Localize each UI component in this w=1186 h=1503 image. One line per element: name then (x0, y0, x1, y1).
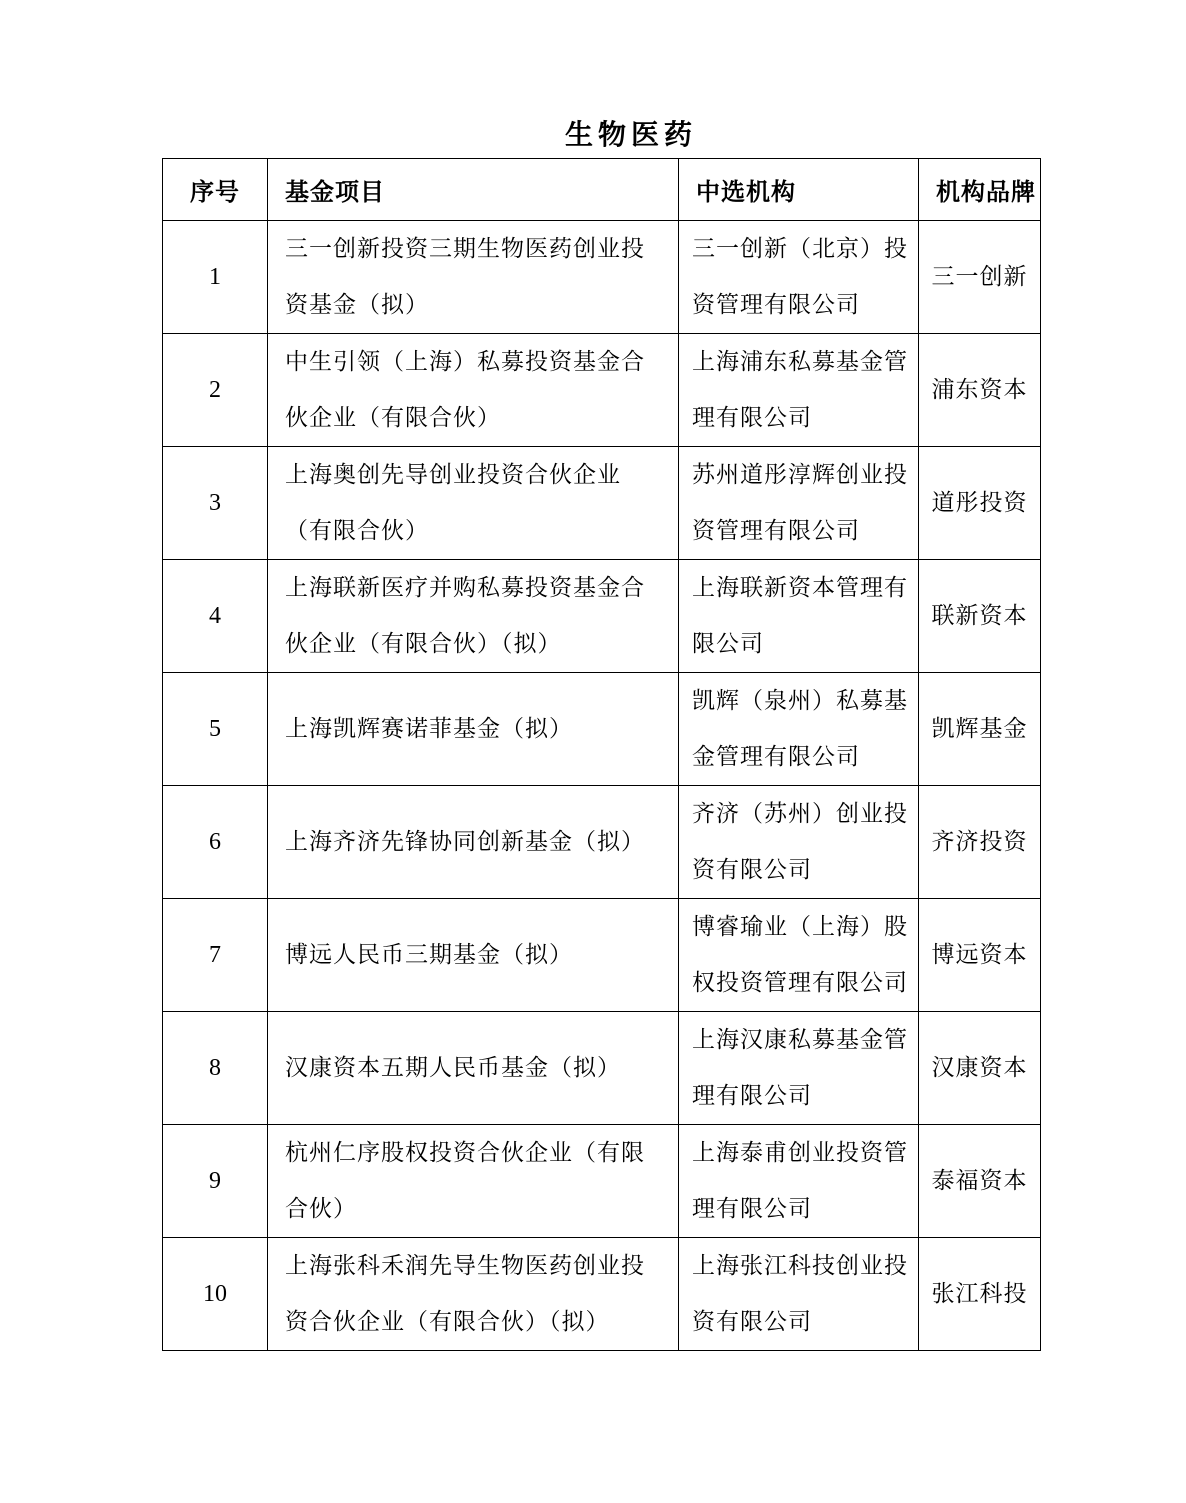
cell-no: 8 (163, 1012, 268, 1125)
table-row: 5 上海凯辉赛诺菲基金（拟） 凯辉（泉州）私募基金管理有限公司 凯辉基金 (163, 673, 1041, 786)
cell-org: 凯辉（泉州）私募基金管理有限公司 (679, 673, 919, 786)
cell-no: 4 (163, 560, 268, 673)
table-row: 2 中生引领（上海）私募投资基金合伙企业（有限合伙） 上海浦东私募基金管理有限公… (163, 334, 1041, 447)
column-header-no: 序号 (163, 159, 268, 221)
cell-no: 1 (163, 221, 268, 334)
cell-org: 上海汉康私募基金管理有限公司 (679, 1012, 919, 1125)
cell-brand: 凯辉基金 (919, 673, 1041, 786)
cell-org: 上海张江科技创业投资有限公司 (679, 1238, 919, 1351)
cell-org: 上海泰甫创业投资管理有限公司 (679, 1125, 919, 1238)
cell-no: 9 (163, 1125, 268, 1238)
cell-brand: 浦东资本 (919, 334, 1041, 447)
cell-fund: 上海齐济先锋协同创新基金（拟） (268, 786, 679, 899)
cell-org: 三一创新（北京）投资管理有限公司 (679, 221, 919, 334)
cell-brand: 博远资本 (919, 899, 1041, 1012)
column-header-fund: 基金项目 (268, 159, 679, 221)
table-row: 4 上海联新医疗并购私募投资基金合伙企业（有限合伙）（拟） 上海联新资本管理有限… (163, 560, 1041, 673)
cell-no: 2 (163, 334, 268, 447)
cell-org: 齐济（苏州）创业投资有限公司 (679, 786, 919, 899)
funds-table: 序号 基金项目 中选机构 机构品牌 1 三一创新投资三期生物医药创业投资基金（拟… (162, 158, 1041, 1351)
table-header-row: 序号 基金项目 中选机构 机构品牌 (163, 159, 1041, 221)
cell-brand: 联新资本 (919, 560, 1041, 673)
table-row: 10 上海张科禾润先导生物医药创业投资合伙企业（有限合伙）（拟） 上海张江科技创… (163, 1238, 1041, 1351)
cell-no: 3 (163, 447, 268, 560)
cell-org: 上海浦东私募基金管理有限公司 (679, 334, 919, 447)
cell-org: 上海联新资本管理有限公司 (679, 560, 919, 673)
cell-fund: 杭州仁序股权投资合伙企业（有限合伙） (268, 1125, 679, 1238)
cell-fund: 上海奥创先导创业投资合伙企业（有限合伙） (268, 447, 679, 560)
table-row: 1 三一创新投资三期生物医药创业投资基金（拟） 三一创新（北京）投资管理有限公司… (163, 221, 1041, 334)
document-page: 生物医药 序号 基金项目 中选机构 机构品牌 1 三一创新投资三期生物医药创业投… (0, 0, 1186, 1503)
column-header-brand: 机构品牌 (919, 159, 1041, 221)
cell-brand: 汉康资本 (919, 1012, 1041, 1125)
cell-fund: 中生引领（上海）私募投资基金合伙企业（有限合伙） (268, 334, 679, 447)
cell-no: 5 (163, 673, 268, 786)
cell-brand: 泰福资本 (919, 1125, 1041, 1238)
cell-no: 10 (163, 1238, 268, 1351)
cell-org: 博睿瑜业（上海）股权投资管理有限公司 (679, 899, 919, 1012)
cell-no: 7 (163, 899, 268, 1012)
cell-brand: 齐济投资 (919, 786, 1041, 899)
table-row: 8 汉康资本五期人民币基金（拟） 上海汉康私募基金管理有限公司 汉康资本 (163, 1012, 1041, 1125)
cell-fund: 上海凯辉赛诺菲基金（拟） (268, 673, 679, 786)
cell-fund: 汉康资本五期人民币基金（拟） (268, 1012, 679, 1125)
cell-fund: 三一创新投资三期生物医药创业投资基金（拟） (268, 221, 679, 334)
table-row: 9 杭州仁序股权投资合伙企业（有限合伙） 上海泰甫创业投资管理有限公司 泰福资本 (163, 1125, 1041, 1238)
table-row: 3 上海奥创先导创业投资合伙企业（有限合伙） 苏州道彤淳辉创业投资管理有限公司 … (163, 447, 1041, 560)
cell-org: 苏州道彤淳辉创业投资管理有限公司 (679, 447, 919, 560)
cell-fund: 博远人民币三期基金（拟） (268, 899, 679, 1012)
table-row: 7 博远人民币三期基金（拟） 博睿瑜业（上海）股权投资管理有限公司 博远资本 (163, 899, 1041, 1012)
cell-brand: 道彤投资 (919, 447, 1041, 560)
cell-fund: 上海联新医疗并购私募投资基金合伙企业（有限合伙）（拟） (268, 560, 679, 673)
cell-brand: 张江科投 (919, 1238, 1041, 1351)
page-title: 生物医药 (192, 113, 1070, 153)
cell-fund: 上海张科禾润先导生物医药创业投资合伙企业（有限合伙）（拟） (268, 1238, 679, 1351)
cell-brand: 三一创新 (919, 221, 1041, 334)
cell-no: 6 (163, 786, 268, 899)
table-row: 6 上海齐济先锋协同创新基金（拟） 齐济（苏州）创业投资有限公司 齐济投资 (163, 786, 1041, 899)
column-header-org: 中选机构 (679, 159, 919, 221)
